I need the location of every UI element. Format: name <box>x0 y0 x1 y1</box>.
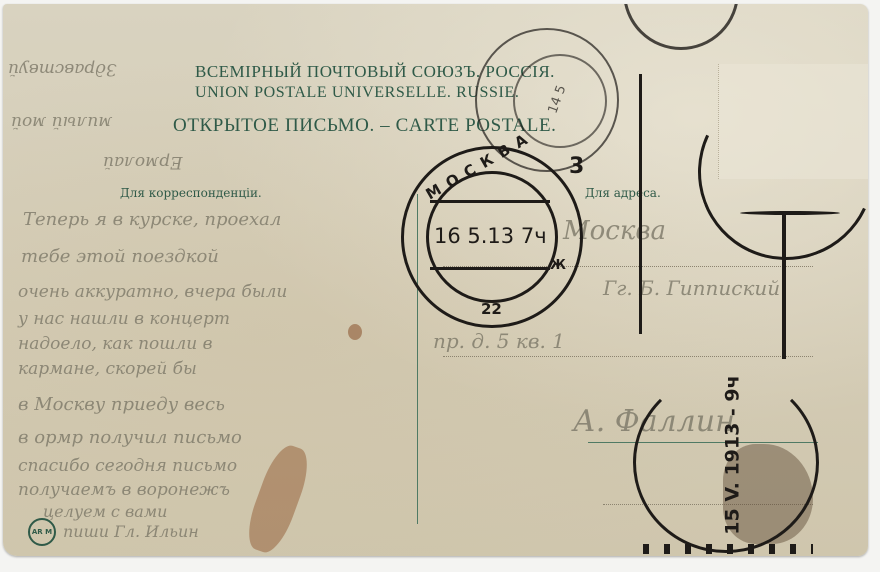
header-union-fr: UNION POSTALE UNIVERSELLE. RUSSIE. <box>195 84 519 102</box>
handwriting-line: получаемъ в воронежъ <box>18 480 230 500</box>
handwriting-top: Ермолай <box>103 152 183 172</box>
label-address: Для адреса. <box>585 186 661 200</box>
label-correspondence: Для корреспонденціи. <box>120 186 262 200</box>
handwriting-line: надоело, как пошли в <box>18 334 212 354</box>
handwriting-line: в Москву приеду весь <box>18 394 225 415</box>
handwriting-line: тебе этой поездкой <box>21 246 219 267</box>
publisher-logo: AR M <box>28 518 56 546</box>
cancel-bar <box>740 211 840 215</box>
handwriting-line: пиши Гл. Ильин <box>63 522 199 541</box>
handwriting-line: в ормр получил письмо <box>18 427 242 448</box>
cancel-bar <box>782 214 786 359</box>
postmark-bar <box>430 200 550 203</box>
handwriting-top: милый мой <box>11 112 112 132</box>
cancel-bar <box>639 74 642 334</box>
handwriting-line: очень аккуратно, вчера были <box>18 282 287 302</box>
postmark-office: 22 <box>481 300 502 318</box>
handwriting-line: кармане, скорей бы <box>18 359 197 379</box>
handwriting-line: спасибо сегодня письмо <box>18 456 237 476</box>
postmark-arrival-date: 15 V. 1913 - 9ч <box>722 375 744 534</box>
postmark-date: 16 5.13 7ч <box>434 224 547 248</box>
postmark-upper-number: 3 <box>569 154 584 179</box>
postmark-partial <box>623 4 739 50</box>
handwriting-line: у нас нашли в концерт <box>18 309 230 329</box>
address-street: пр. д. 5 кв. 1 <box>433 329 565 353</box>
perforation-edge <box>643 544 813 554</box>
stain <box>348 324 362 340</box>
stain <box>240 440 315 556</box>
address-line <box>443 356 813 357</box>
handwriting-line: Теперь я в курске, проехал <box>23 209 281 230</box>
address-name: Гг. Б. Гиппиский <box>603 276 780 300</box>
postmark-series: Ж <box>550 258 566 273</box>
handwriting-line: целуем с вами <box>43 502 167 521</box>
postcard: ВСЕМІРНЫЙ ПОЧТОВЫЙ СОЮЗЪ. РОССІЯ. UNION … <box>3 4 868 556</box>
postmark-bar <box>430 267 550 270</box>
handwriting-top: Здравствуй <box>8 59 117 79</box>
